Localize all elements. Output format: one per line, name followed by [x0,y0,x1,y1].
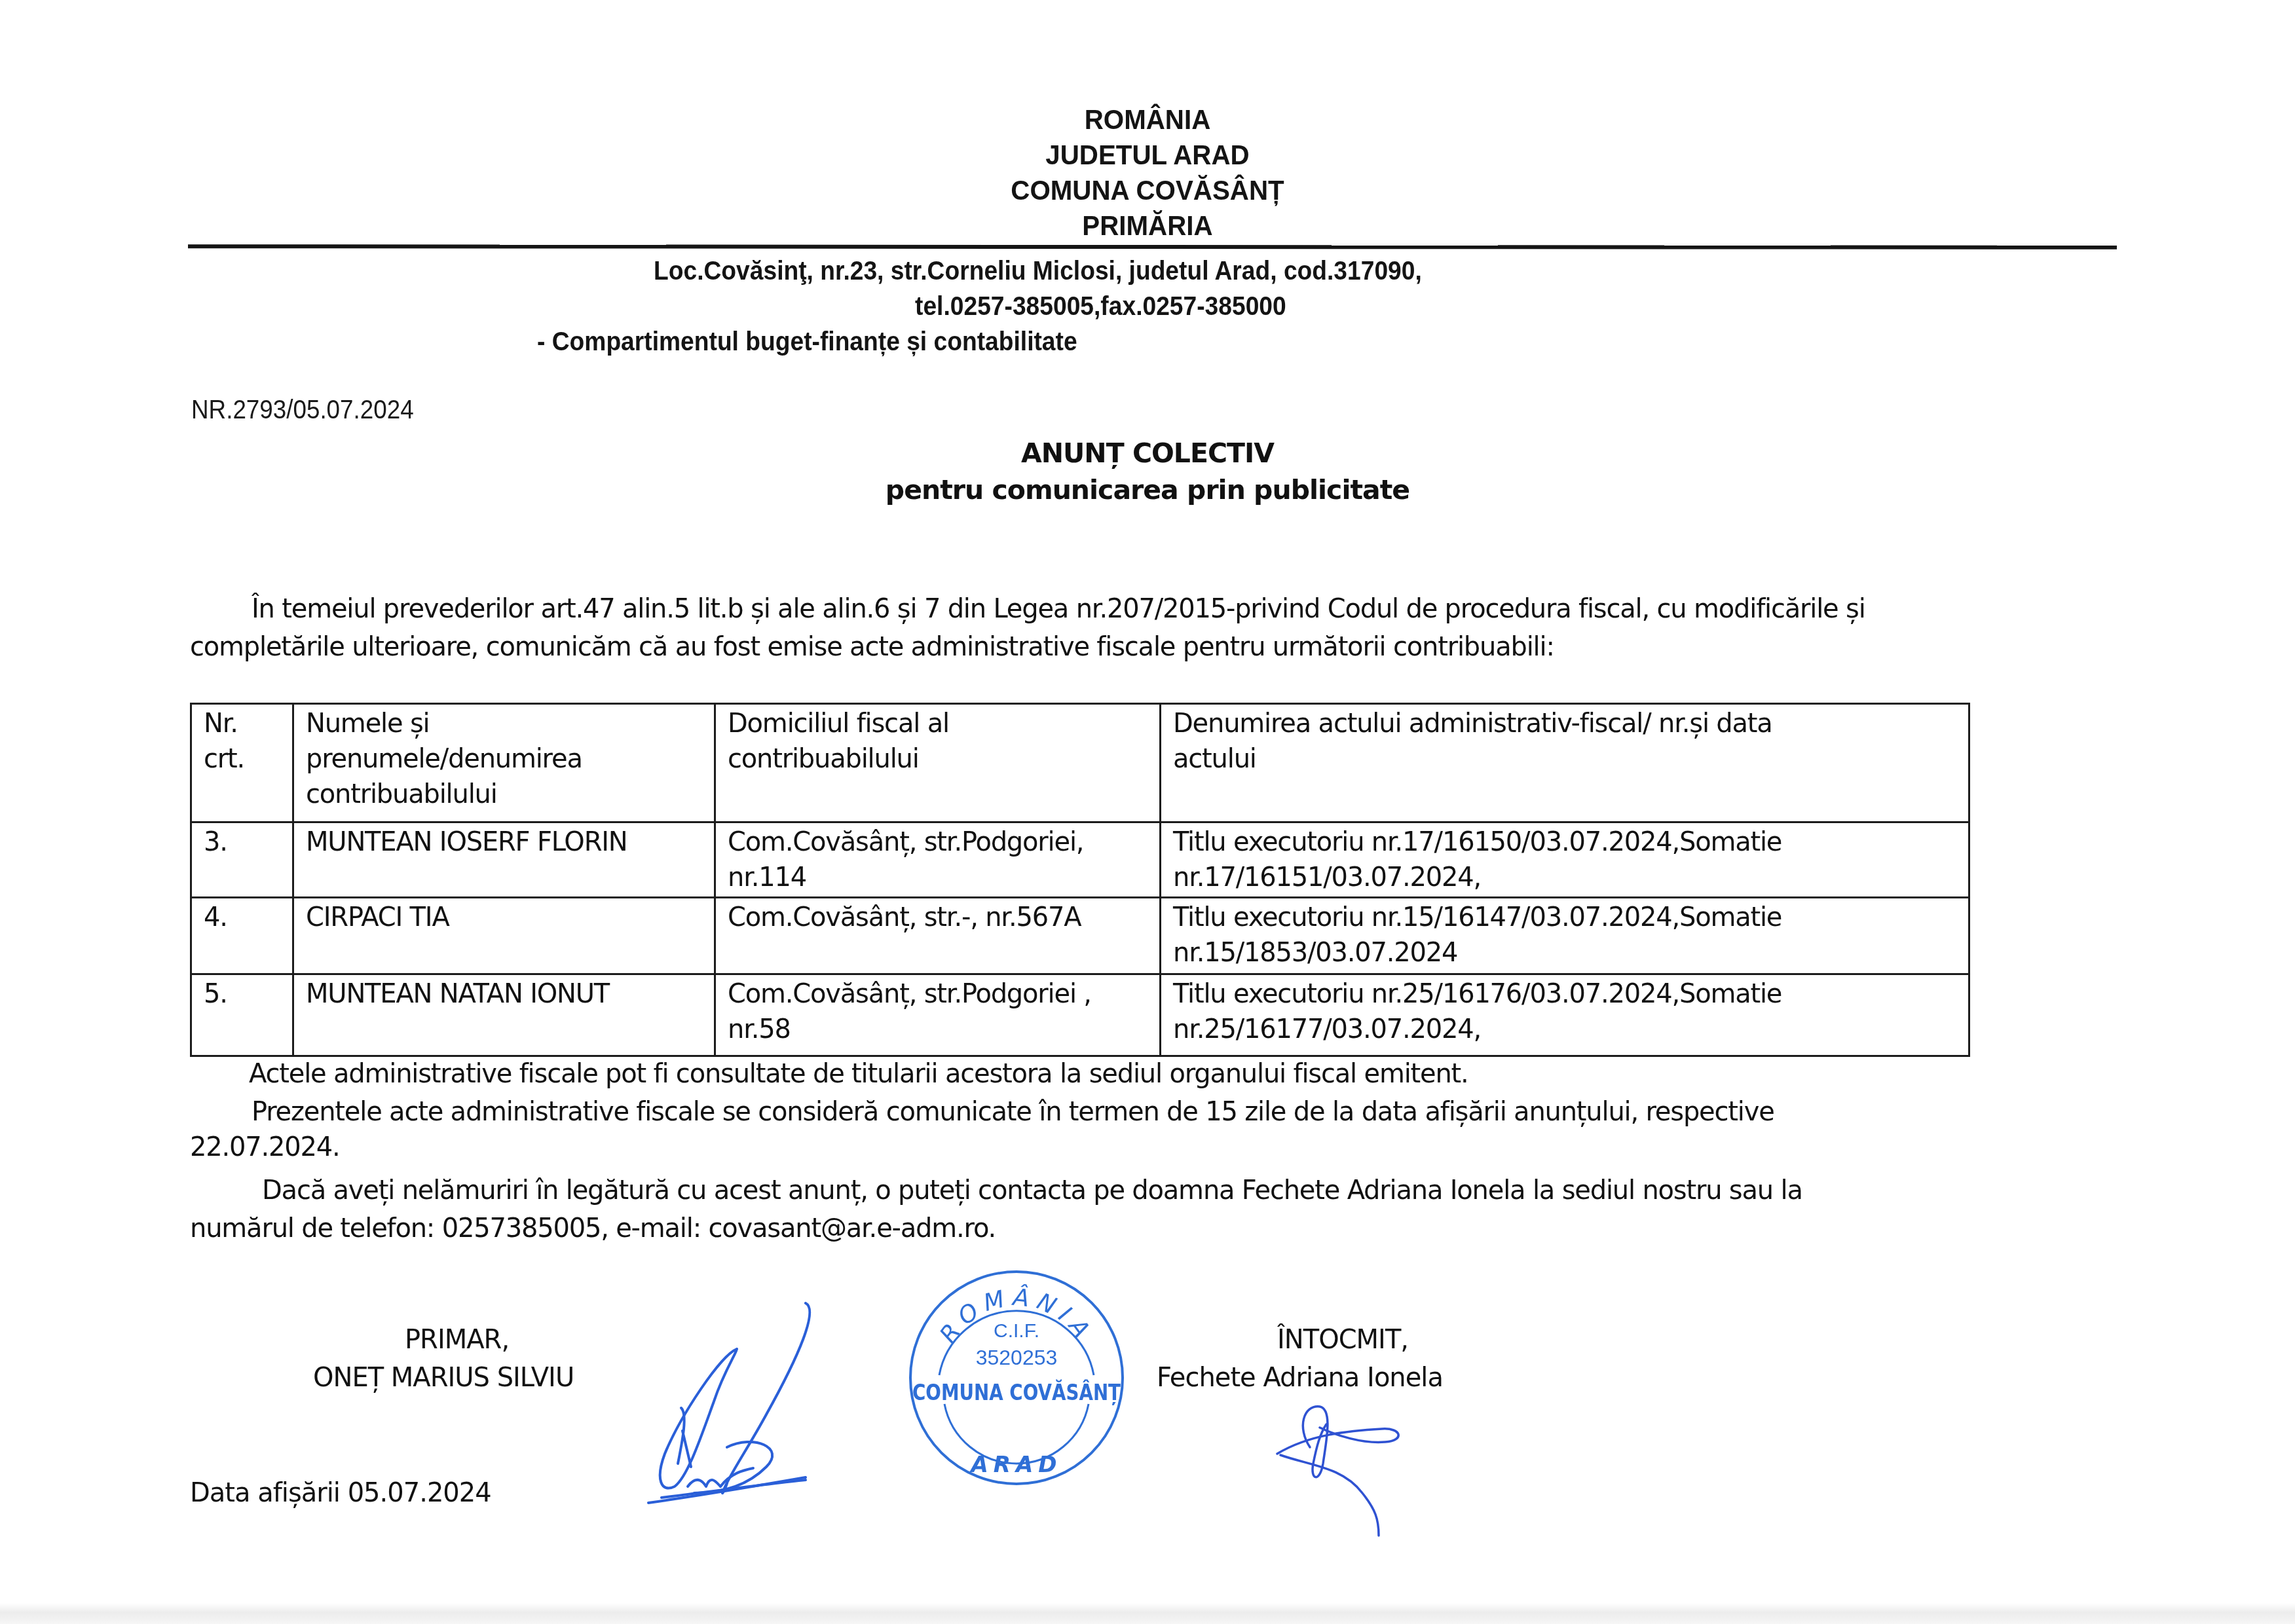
header-text: actului [1173,741,1956,777]
cell-text: Titlu executoriu nr.17/16150/03.07.2024,… [1173,824,1956,860]
preparer-signature [1271,1395,1441,1539]
header-text: contribuabilului [728,741,1147,777]
cell-text: Com.Covăsânț, str.Podgoriei, [728,824,1147,860]
stamp-bottom-text: ARAD [969,1452,1062,1478]
cell-name: MUNTEAN NATAN IONUT [293,974,715,1056]
header-divider [188,244,2117,249]
cell-act: Titlu executoriu nr.15/16147/03.07.2024,… [1161,898,1969,974]
communicated-paragraph-line-1: Prezentele acte administrative fiscale s… [252,1094,1774,1130]
communicated-paragraph-line-2: 22.07.2024. [190,1129,340,1166]
cell-text: Com.Covăsânț, str.Podgoriei , [728,976,1147,1012]
cell-text: nr.17/16151/03.07.2024, [1173,860,1956,895]
header-text: crt. [204,741,280,777]
header-nr-crt: Nr. crt. [191,704,293,822]
header-name: Numele și prenumele/denumirea contribuab… [293,704,715,822]
cell-text: Titlu executoriu nr.25/16176/03.07.2024,… [1173,976,1956,1012]
stamp-cif-number: 3520253 [976,1346,1058,1369]
cell-text: nr.25/16177/03.07.2024, [1173,1012,1956,1047]
taxpayers-table: Nr. crt. Numele și prenumele/denumirea c… [190,703,1970,1057]
cell-act: Titlu executoriu nr.25/16176/03.07.2024,… [1161,974,1969,1056]
official-stamp: ROMÂNIA C.I.F. 3520253 COMUNA COVĂSÂNȚ A… [904,1265,1129,1490]
contact-line: tel.0257-385005,fax.0257-385000 [915,289,1286,323]
department-line: - Compartimentul buget-finanțe și contab… [537,325,1077,359]
preparer-title: ÎNTOCMIT, [1277,1321,1408,1358]
stamp-cif-label: C.I.F. [994,1320,1039,1342]
cell-text: nr.15/1853/03.07.2024 [1173,935,1956,970]
cell-nr: 5. [191,974,293,1056]
scan-edge-shadow [0,1603,2295,1624]
header-office: PRIMĂRIA [46,208,2249,244]
display-date: Data afișării 05.07.2024 [190,1475,491,1511]
header-text: Domiciliul fiscal al [728,706,1147,741]
cell-name: MUNTEAN IOSERF FLORIN [293,822,715,898]
preparer-name: Fechete Adriana Ionela [1157,1359,1443,1396]
contact-paragraph-line-1: Dacă aveți nelămuriri în legătură cu ace… [262,1172,1802,1209]
cell-nr: 4. [191,898,293,974]
header-text: contribuabilului [306,777,702,812]
header-text: Numele și [306,706,702,741]
intro-line-2: completările ulterioare, comunicăm că au… [190,629,1554,665]
mayor-name: ONEȚ MARIUS SILVIU [313,1359,574,1396]
contact-paragraph-line-2: numărul de telefon: 0257385005, e-mail: … [190,1210,996,1247]
header-act: Denumirea actului administrativ-fiscal/ … [1161,704,1969,822]
header-text: Denumirea actului administrativ-fiscal/ … [1173,706,1956,741]
table-row: 3. MUNTEAN IOSERF FLORIN Com.Covăsânț, s… [191,822,1969,898]
mayor-signature [589,1297,838,1506]
header-county: JUDETUL ARAD [46,138,2249,173]
cell-address: Com.Covăsânț, str.Podgoriei , nr.58 [715,974,1161,1056]
cell-name: CIRPACI TIA [293,898,715,974]
document-title: ANUNȚ COLECTIV [0,437,2295,469]
cell-text: nr.114 [728,860,1147,895]
header-text: prenumele/denumirea [306,741,702,777]
table-row: 4. CIRPACI TIA Com.Covăsânț, str.-, nr.5… [191,898,1969,974]
intro-line-1: În temeiul prevederilor art.47 alin.5 li… [252,591,1865,627]
cell-address: Com.Covăsânț, str.-, nr.567A [715,898,1161,974]
address-line: Loc.Covăsinţ, nr.23, str.Corneliu Miclos… [654,254,1422,288]
header-country: ROMÂNIA [46,102,2249,138]
table-row: 5. MUNTEAN NATAN IONUT Com.Covăsânț, str… [191,974,1969,1056]
cell-address: Com.Covăsânț, str.Podgoriei, nr.114 [715,822,1161,898]
cell-text: Titlu executoriu nr.15/16147/03.07.2024,… [1173,900,1956,935]
header-text: Nr. [204,706,280,741]
table-header-row: Nr. crt. Numele și prenumele/denumirea c… [191,704,1969,822]
stamp-center-text: COMUNA COVĂSÂNȚ [912,1379,1121,1405]
header-address: Domiciliul fiscal al contribuabilului [715,704,1161,822]
cell-text: Com.Covăsânț, str.-, nr.567A [728,900,1147,935]
consult-paragraph: Actele administrative fiscale pot fi con… [249,1056,1468,1092]
cell-act: Titlu executoriu nr.17/16150/03.07.2024,… [1161,822,1969,898]
header-commune: COMUNA COVĂSÂNȚ [46,173,2249,208]
registration-number: NR.2793/05.07.2024 [191,396,414,425]
cell-nr: 3. [191,822,293,898]
cell-text: nr.58 [728,1012,1147,1047]
document-subtitle: pentru comunicarea prin publicitate [0,474,2295,506]
mayor-title: PRIMAR, [405,1321,509,1358]
